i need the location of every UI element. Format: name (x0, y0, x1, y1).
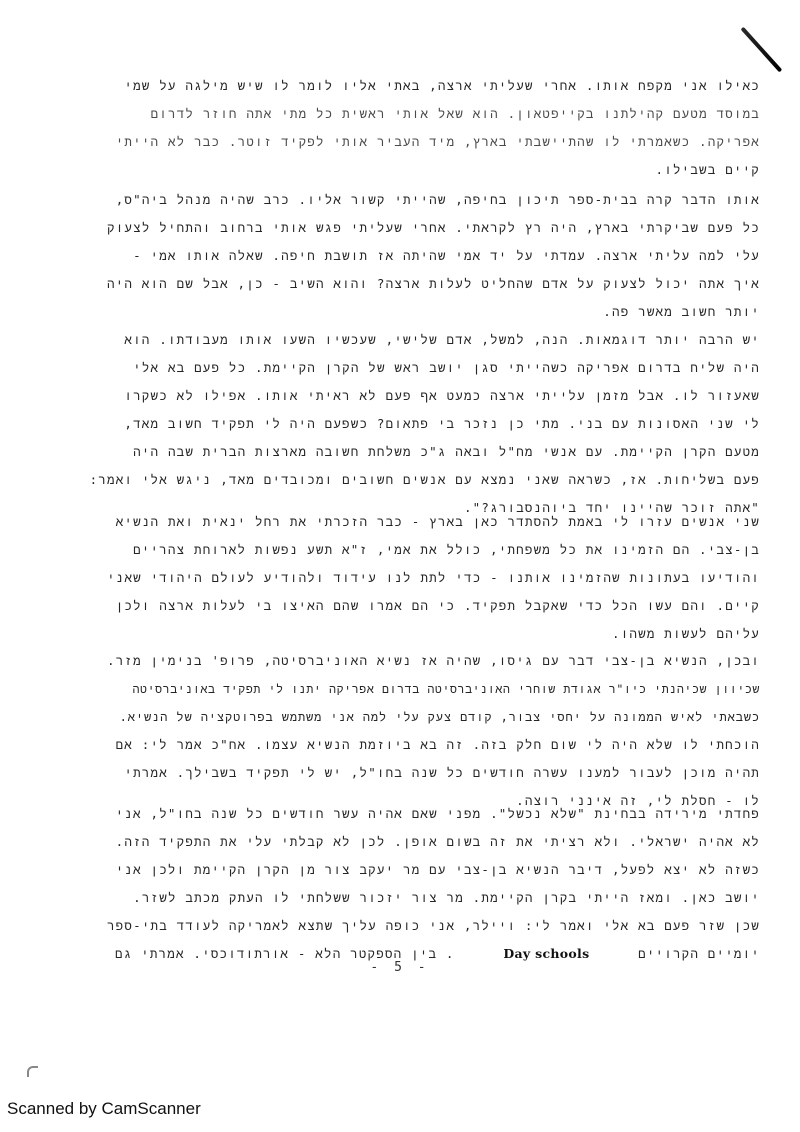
scan-artifact-mark (27, 1066, 38, 1077)
text-line: קיים בשבילו. (70, 156, 760, 184)
text-line: עליהם לעשות משהו. (70, 620, 760, 648)
text-line: הוכחתי לו שלא היה לי שום חלק בזה. זה בא … (70, 731, 760, 759)
paragraph-6: פחדתי מירידה בבחינת "שלא נכשל". מפני שאם… (70, 800, 760, 968)
text-line: פעם בשליחות. אז, כשראה שאני נמצא עם אנשי… (70, 466, 760, 494)
text-line: ובכן, הנשיא בן-צבי דבר עם גיסו, שהיה אז … (70, 647, 760, 675)
paragraph-2: אותו הדבר קרה בבית-ספר תיכון בחיפה, שהיי… (70, 186, 760, 326)
text-line: מטעם הקרן הקיימת. עם אנשי מח"ל ובאה ג"כ … (70, 438, 760, 466)
scanner-watermark: Scanned by CamScanner (7, 1099, 201, 1119)
text-line: איך אתה יכול לצעוק על אדם שהחליט לעלות א… (70, 270, 760, 298)
text-line: במוסד מטעם קהילתנו בקייפטאון. הוא שאל או… (70, 100, 760, 128)
text-line: קיים. והם עשו הכל כדי שאקבל תפקיד. כי הם… (70, 592, 760, 620)
paragraph-5: ובכן, הנשיא בן-צבי דבר עם גיסו, שהיה אז … (70, 647, 760, 815)
text-line: היה שליח בדרום אפריקה כשהייתי סגן יושב ר… (70, 354, 760, 382)
text-fragment: . בין הספקטר הלא - אורתודוכסי. אמרתי גם (115, 946, 455, 961)
text-line: עלי למה עליתי ארצה. עמדתי על יד אמי שהית… (70, 242, 760, 270)
text-line: כשבאתי לאיש הממונה על יחסי צבור, קודם צע… (70, 703, 760, 731)
text-line: שאעזור לו. אבל מזמן עלייתי ארצה כמעט אף … (70, 382, 760, 410)
text-line: יושב כאן. ומאז הייתי בקרן הקיימת. מר צור… (70, 884, 760, 912)
paragraph-1: כאילו אני מקפח אותו. אחרי שעליתי ארצה, ב… (70, 72, 760, 184)
text-line: יותר חשוב מאשר פה. (70, 298, 760, 326)
page-number: - 5 - (0, 960, 800, 975)
text-line: בן-צבי. הם הזמינו את כל משפחתי, כולל את … (70, 536, 760, 564)
text-line: יש הרבה יותר דוגמאות. הנה, למשל, אדם שלי… (70, 326, 760, 354)
text-line: לא אהיה ישראלי. ולא רציתי את זה בשום אופ… (70, 828, 760, 856)
text-line: כשזה לא יצא לפעל, דיבר הנשיא בן-צבי עם מ… (70, 856, 760, 884)
text-line: שכן שזר פעם בא אלי ואמר לי: ויילר, אני כ… (70, 912, 760, 940)
text-line: כל פעם שביקרתי בארץ, היה רץ לקראתי. אחרי… (70, 214, 760, 242)
text-line: פחדתי מירידה בבחינת "שלא נכשל". מפני שאם… (70, 800, 760, 828)
paragraph-3: יש הרבה יותר דוגמאות. הנה, למשל, אדם שלי… (70, 326, 760, 522)
text-line: אפריקה. כשאמרתי לו שהתיישבתי בארץ, מיד ה… (70, 128, 760, 156)
text-line: תהיה מוכן לעבור למענו עשרה חודשים כל שנה… (70, 759, 760, 787)
text-fragment: יומיים הקרויים (638, 946, 760, 961)
text-line: לי שני האסונות עם בני. מתי כן נזכר בי פת… (70, 410, 760, 438)
text-line: שכיוון שכיהנתי כיו"ר אגודת שוחרי האוניבר… (70, 675, 760, 703)
text-line: כאילו אני מקפח אותו. אחרי שעליתי ארצה, ב… (70, 72, 760, 100)
text-line: והודיעו בעתונות שהזמינו אותנו - כדי לתת … (70, 564, 760, 592)
english-term: Day schools (503, 946, 589, 961)
scanned-page: כאילו אני מקפח אותו. אחרי שעליתי ארצה, ב… (0, 0, 800, 1132)
text-line: שני אנשים עזרו לי באמת להסתדר כאן בארץ -… (70, 508, 760, 536)
pen-stroke-mark (741, 27, 783, 73)
text-line: אותו הדבר קרה בבית-ספר תיכון בחיפה, שהיי… (70, 186, 760, 214)
paragraph-4: שני אנשים עזרו לי באמת להסתדר כאן בארץ -… (70, 508, 760, 648)
